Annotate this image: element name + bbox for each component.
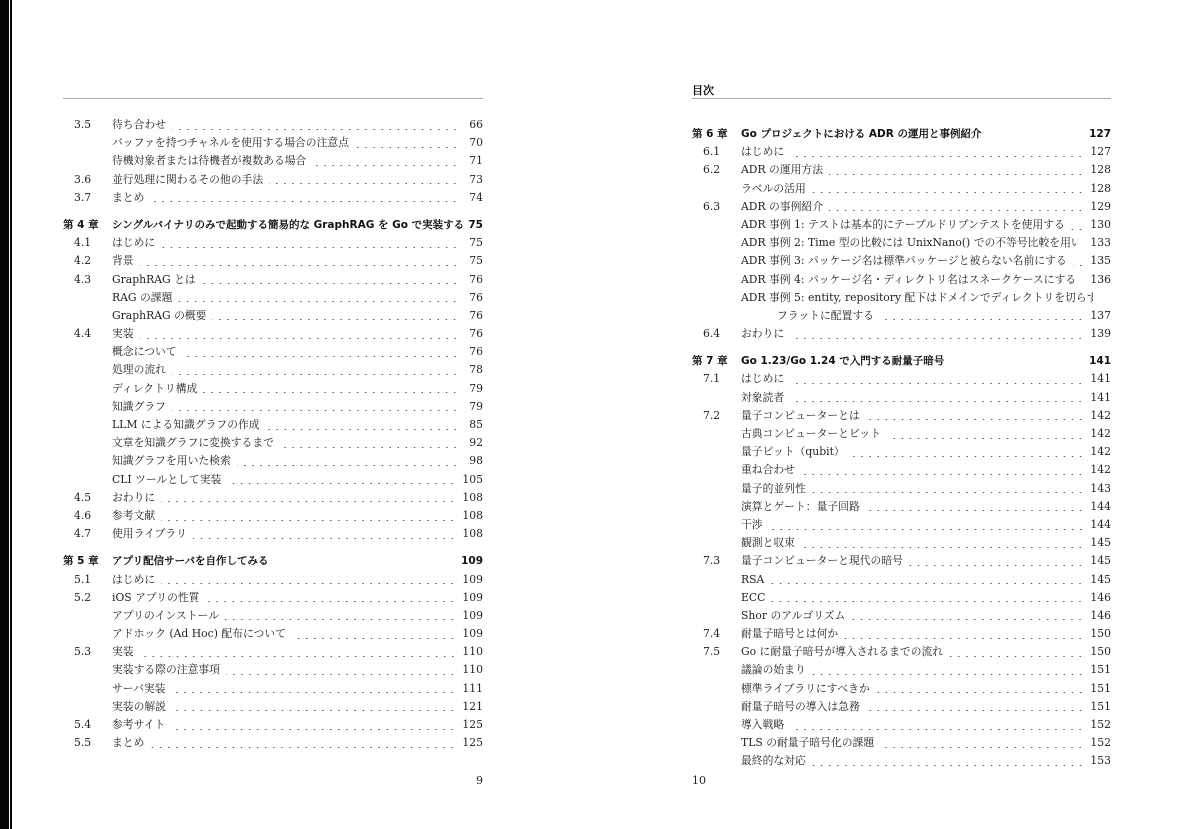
toc-section[interactable]: 4.1はじめに75	[63, 234, 483, 252]
toc-page-number: 108	[462, 507, 483, 525]
toc-page-number: 143	[1090, 480, 1111, 498]
toc-section[interactable]: 6.4おわりに139	[692, 325, 1111, 343]
toc-page-number: 108	[462, 525, 483, 543]
toc-subsection[interactable]: ラベルの活用128	[692, 180, 1111, 198]
toc-title: 待機対象者または待機者が複数ある場合	[112, 152, 306, 170]
toc-title: Go プロジェクトにおける ADR の運用と事例紹介	[741, 125, 982, 143]
toc-subsection[interactable]: LLM による知識グラフの作成85	[63, 416, 483, 434]
toc-subsection[interactable]: 処理の流れ78	[63, 361, 483, 379]
toc-title: おわりに	[112, 489, 155, 507]
dot-leader	[212, 319, 459, 320]
toc-page-number: 76	[465, 307, 483, 325]
toc-title: 実装の解説	[112, 698, 166, 716]
toc-number: 4.1	[63, 234, 112, 252]
toc-page-number: 127	[1089, 125, 1111, 143]
toc-page-number: 98	[465, 452, 483, 470]
toc-section[interactable]: 3.7まとめ74	[63, 189, 483, 207]
toc-title: GraphRAG とは	[112, 271, 196, 289]
dot-leader	[851, 619, 1084, 620]
toc-chapter[interactable]: 第 7 章Go 1.23/Go 1.24 で入門する耐量子暗号141	[692, 352, 1111, 370]
toc-subsection[interactable]: 量子ビット（qubit）142	[692, 443, 1111, 461]
dot-leader	[227, 483, 456, 484]
toc-title: CLI ツールとして実装	[112, 471, 221, 489]
toc-number: 7.2	[692, 407, 741, 425]
dot-leader	[161, 247, 459, 248]
dot-leader	[266, 429, 459, 430]
dot-leader	[844, 638, 1084, 639]
toc-title: 参考文献	[112, 507, 155, 525]
toc-page-number: 142	[1090, 425, 1111, 443]
toc-number: 5.3	[63, 643, 112, 661]
toc-subsection[interactable]: 実装する際の注意事項110	[63, 661, 483, 679]
header-rule	[63, 98, 483, 99]
toc-title: まとめ	[112, 189, 144, 207]
toc-section[interactable]: 6.1はじめに127	[692, 143, 1111, 161]
toc-title: おわりに	[741, 325, 784, 343]
dot-leader	[801, 474, 1084, 475]
toc-title: ADR の運用方法	[741, 161, 823, 179]
toc-title: ADR 事例 5: entity, repository 配下はドメインでディレ…	[741, 289, 1093, 307]
toc-list: 第 6 章Go プロジェクトにおける ADR の運用と事例紹介1276.1はじめ…	[692, 116, 1111, 771]
toc-page-number: 128	[1090, 180, 1111, 198]
dot-leader	[237, 465, 459, 466]
toc-page-number: 109	[462, 625, 483, 643]
toc-number: 5.5	[63, 734, 112, 752]
toc-subsection[interactable]: 知識グラフ79	[63, 398, 483, 416]
dot-leader	[790, 401, 1084, 402]
toc-page-number: 146	[1090, 607, 1111, 625]
toc-number: 7.5	[692, 643, 741, 661]
dot-leader	[172, 410, 459, 411]
toc-title: 演算とゲート：量子回路	[741, 498, 860, 516]
toc-page-number: 110	[462, 661, 483, 679]
toc-title: アドホック (Ad Hoc) 配布について	[112, 625, 286, 643]
toc-section[interactable]: 4.5おわりに108	[63, 489, 483, 507]
toc-title: ECC	[741, 589, 765, 607]
toc-title: はじめに	[112, 234, 155, 252]
toc-number: 第 6 章	[692, 125, 741, 143]
toc-subsection[interactable]: ECC146	[692, 589, 1111, 607]
toc-chapter[interactable]: 第 5 章アプリ配信サーバを自作してみる109	[63, 552, 483, 570]
toc-page-number: 121	[462, 698, 483, 716]
toc-number: 7.4	[692, 625, 741, 643]
toc-page-number: 141	[1089, 352, 1111, 370]
toc-number: 3.5	[63, 116, 112, 134]
toc-subsection[interactable]: CLI ツールとして実装105	[63, 471, 483, 489]
toc-subsection[interactable]: バッファを持つチャネルを使用する場合の注意点70	[63, 134, 483, 152]
toc-number: 4.6	[63, 507, 112, 525]
toc-title: はじめに	[741, 370, 784, 388]
dot-leader	[771, 601, 1084, 602]
toc-subsection[interactable]: 最終的な対応153	[692, 752, 1111, 770]
page-number: 9	[476, 774, 483, 787]
toc-subsection[interactable]: ADR 事例 1: テストは基本的にテーブルドリブンテストを使用する130	[692, 216, 1111, 234]
toc-subsection[interactable]: 演算とゲート：量子回路144	[692, 498, 1111, 516]
toc-page-number: 130	[1090, 216, 1111, 234]
dot-leader	[1073, 265, 1085, 266]
toc-page-number: 128	[1090, 161, 1111, 179]
toc-section[interactable]: 6.3ADR の事例紹介129	[692, 198, 1111, 216]
toc-page-number: 142	[1090, 407, 1111, 425]
toc-section[interactable]: 4.2背景75	[63, 252, 483, 270]
toc-title: 量子コンピューターと現代の暗号	[741, 552, 903, 570]
dot-leader	[226, 674, 456, 675]
toc-chapter[interactable]: 第 4 章シングルバイナリのみで起動する簡易的な GraphRAG を Go で…	[63, 216, 483, 234]
toc-page-number: 109	[461, 552, 483, 570]
toc-list: 3.5待ち合わせ66バッファを持つチャネルを使用する場合の注意点70待機対象者ま…	[63, 116, 483, 752]
toc-number: 第 7 章	[692, 352, 741, 370]
toc-section[interactable]: 3.5待ち合わせ66	[63, 116, 483, 134]
toc-page-number: 109	[462, 607, 483, 625]
toc-number: 6.2	[692, 161, 741, 179]
toc-page-number: 153	[1090, 752, 1111, 770]
toc-title: Go に耐量子暗号が導入されるまでの流れ	[741, 643, 943, 661]
toc-subsection[interactable]: 導入戦略152	[692, 716, 1111, 734]
toc-subsection[interactable]: GraphRAG の概要76	[63, 307, 483, 325]
toc-number: 4.3	[63, 271, 112, 289]
header-rule	[692, 98, 1111, 99]
dot-leader	[812, 192, 1085, 193]
toc-page-number: 73	[465, 171, 483, 189]
dot-leader	[140, 656, 457, 657]
dot-leader	[183, 356, 459, 357]
toc-subsection[interactable]: 標準ライブラリにすべきか151	[692, 680, 1111, 698]
toc-page-number: 74	[465, 189, 483, 207]
toc-number: 5.1	[63, 571, 112, 589]
dot-leader	[1082, 283, 1084, 284]
dot-leader	[812, 674, 1085, 675]
toc-page-number: 151	[1090, 680, 1111, 698]
toc-subsection[interactable]: フラットに配置する137	[692, 307, 1111, 325]
toc-number: 3.7	[63, 189, 112, 207]
toc-subsection[interactable]: アドホック (Ad Hoc) 配布について109	[63, 625, 483, 643]
toc-title: ADR 事例 1: テストは基本的にテーブルドリブンテストを使用する	[741, 216, 1065, 234]
toc-title: 並行処理に関わるその他の手法	[112, 171, 263, 189]
toc-title: 導入戦略	[741, 716, 784, 734]
toc-number: 7.3	[692, 552, 741, 570]
toc-title: 量子コンピューターとは	[741, 407, 860, 425]
toc-page-number: 70	[465, 134, 483, 152]
toc-section[interactable]: 4.6参考文献108	[63, 507, 483, 525]
toc-title: GraphRAG の概要	[112, 307, 206, 325]
toc-page-number: 75	[465, 234, 483, 252]
toc-title: 知識グラフ	[112, 398, 166, 416]
toc-page-number: 105	[462, 471, 483, 489]
toc-subsection[interactable]: 概念について76	[63, 343, 483, 361]
dot-leader	[866, 419, 1085, 420]
toc-page-number: 137	[1090, 307, 1111, 325]
toc-title: 耐量子暗号の導入は急務	[741, 698, 860, 716]
toc-subsection[interactable]: アプリのインストール109	[63, 607, 483, 625]
dot-leader	[790, 729, 1084, 730]
toc-number: 4.4	[63, 325, 112, 343]
toc-subsection[interactable]: 待機対象者または待機者が複数ある場合71	[63, 152, 483, 170]
toc-page-number: 85	[465, 416, 483, 434]
dot-leader	[949, 656, 1084, 657]
toc-title: 参考サイト	[112, 716, 165, 734]
toc-section[interactable]: 4.3GraphRAG とは76	[63, 271, 483, 289]
toc-subsection[interactable]: ADR 事例 4: パッケージ名・ディレクトリ名はスネークケースにする136	[692, 271, 1111, 289]
toc-title: 概念について	[112, 343, 177, 361]
toc-subsection[interactable]: RAG の課題76	[63, 289, 483, 307]
toc-number: 4.2	[63, 252, 112, 270]
toc-subsection[interactable]: RSA145	[692, 571, 1111, 589]
toc-page-number: 144	[1090, 498, 1111, 516]
toc-page-number: 109	[462, 571, 483, 589]
toc-page-number: 75	[465, 216, 483, 234]
toc-number: 6.3	[692, 198, 741, 216]
toc-section[interactable]: 4.4実装76	[63, 325, 483, 343]
dot-leader	[876, 692, 1085, 693]
toc-subsection[interactable]: 議論の始まり151	[692, 661, 1111, 679]
dot-leader	[172, 129, 459, 130]
toc-number: 6.1	[692, 143, 741, 161]
toc-section[interactable]: 5.2iOS アプリの性質109	[63, 589, 483, 607]
toc-page-number: 152	[1090, 734, 1111, 752]
toc-title: 古典コンピューターとビット	[741, 425, 881, 443]
dot-leader	[172, 710, 456, 711]
toc-page-number: 108	[462, 489, 483, 507]
toc-section[interactable]: 5.3実装110	[63, 643, 483, 661]
dot-leader	[225, 619, 456, 620]
toc-subsection[interactable]: 耐量子暗号の導入は急務151	[692, 698, 1111, 716]
dot-leader	[812, 492, 1085, 493]
toc-section[interactable]: 7.3量子コンピューターと現代の暗号145	[692, 552, 1111, 570]
toc-page-number: 78	[465, 361, 483, 379]
toc-number: 7.1	[692, 370, 741, 388]
toc-subsection[interactable]: ADR 事例 5: entity, repository 配下はドメインでディレ…	[692, 289, 1111, 307]
toc-title: 量子的並列性	[741, 480, 806, 498]
toc-page-number: 66	[465, 116, 483, 134]
toc-title: ディレクトリ構成	[112, 380, 197, 398]
toc-subsection[interactable]: 対象読者141	[692, 389, 1111, 407]
toc-subsection[interactable]: ディレクトリ構成79	[63, 380, 483, 398]
dot-leader	[790, 156, 1084, 157]
dot-leader	[140, 265, 459, 266]
toc-title: ADR 事例 2: Time 型の比較には UnixNano() での不等号比較…	[741, 234, 1078, 252]
toc-page-number: 146	[1090, 589, 1111, 607]
toc-title: 最終的な対応	[741, 752, 806, 770]
dot-leader	[203, 392, 459, 393]
toc-section[interactable]: 7.2量子コンピューターとは142	[692, 407, 1111, 425]
toc-page-number: 125	[462, 734, 483, 752]
toc-section[interactable]: 7.1はじめに141	[692, 370, 1111, 388]
toc-subsection[interactable]: 干渉144	[692, 516, 1111, 534]
toc-title: 耐量子暗号とは何か	[741, 625, 838, 643]
dot-leader	[851, 456, 1085, 457]
dot-leader	[866, 710, 1085, 711]
dot-leader	[193, 538, 456, 539]
toc-title: 標準ライブラリにすべきか	[741, 680, 870, 698]
toc-title: 議論の始まり	[741, 661, 806, 679]
toc-title: はじめに	[112, 571, 155, 589]
toc-title: 背景	[112, 252, 134, 270]
toc-title: ADR 事例 3: パッケージ名は標準パッケージと被らない名前にする	[741, 252, 1067, 270]
toc-page-number: 76	[465, 289, 483, 307]
toc-subsection[interactable]: サーバ実装111	[63, 680, 483, 698]
toc-number: 5.4	[63, 716, 112, 734]
dot-leader	[812, 765, 1085, 766]
toc-number: 4.5	[63, 489, 112, 507]
toc-page-number: 76	[465, 325, 483, 343]
toc-page-number: 129	[1090, 198, 1111, 216]
toc-title: 文章を知識グラフに変換するまで	[112, 434, 274, 452]
dot-leader	[801, 547, 1084, 548]
toc-subsection[interactable]: 古典コンピューターとビット142	[692, 425, 1111, 443]
toc-page-number: 109	[462, 589, 483, 607]
toc-number: 6.4	[692, 325, 741, 343]
dot-leader	[150, 747, 456, 748]
toc-chapter[interactable]: 第 6 章Go プロジェクトにおける ADR の運用と事例紹介127	[692, 125, 1111, 143]
dot-leader	[205, 601, 456, 602]
toc-page-number: 76	[465, 343, 483, 361]
toc-title: 知識グラフを用いた検索	[112, 452, 231, 470]
toc-section[interactable]: 6.2ADR の運用方法128	[692, 161, 1111, 179]
toc-title: アプリのインストール	[112, 607, 219, 625]
toc-page-number: 71	[465, 152, 483, 170]
toc-title: TLS の耐量子暗号化の課題	[741, 734, 874, 752]
toc-page-number: 141	[1090, 389, 1111, 407]
toc-page-number: 75	[465, 252, 483, 270]
dot-leader	[790, 383, 1084, 384]
toc-section[interactable]: 5.4参考サイト125	[63, 716, 483, 734]
toc-subsection[interactable]: 量子的並列性143	[692, 480, 1111, 498]
toc-section[interactable]: 3.6並行処理に関わるその他の手法73	[63, 171, 483, 189]
dot-leader	[909, 565, 1084, 566]
dot-leader	[790, 338, 1084, 339]
dot-leader	[161, 501, 456, 502]
toc-page-number: 145	[1090, 571, 1111, 589]
toc-subsection[interactable]: Shor のアルゴリズム146	[692, 607, 1111, 625]
toc-title: ADR 事例 4: パッケージ名・ディレクトリ名はスネークケースにする	[741, 271, 1076, 289]
dot-leader	[150, 201, 459, 202]
toc-title: バッファを持つチャネルを使用する場合の注意点	[112, 134, 349, 152]
toc-page-number: 144	[1090, 516, 1111, 534]
dot-leader	[880, 747, 1084, 748]
toc-page-number: 79	[465, 398, 483, 416]
toc-subsection[interactable]: ADR 事例 3: パッケージ名は標準パッケージと被らない名前にする135	[692, 252, 1111, 270]
toc-title: 処理の流れ	[112, 361, 166, 379]
toc-section[interactable]: 5.1はじめに109	[63, 571, 483, 589]
dot-leader	[829, 210, 1084, 211]
toc-title: シングルバイナリのみで起動する簡易的な GraphRAG を Go で実装する	[112, 216, 464, 234]
dot-leader	[171, 692, 456, 693]
toc-subsection[interactable]: 文章を知識グラフに変換するまで92	[63, 434, 483, 452]
toc-number: 5.2	[63, 589, 112, 607]
dot-leader	[1071, 229, 1085, 230]
toc-title: サーバ実装	[112, 680, 165, 698]
dot-leader	[269, 183, 459, 184]
toc-subsection[interactable]: ADR 事例 2: Time 型の比較には UnixNano() での不等号比較…	[692, 234, 1111, 252]
toc-page-number: 150	[1090, 643, 1111, 661]
page-number: 10	[692, 774, 706, 787]
dot-leader	[140, 338, 459, 339]
dot-leader	[202, 283, 459, 284]
dot-leader	[161, 583, 456, 584]
toc-subsection[interactable]: 観測と収束145	[692, 534, 1111, 552]
toc-title: ADR の事例紹介	[741, 198, 823, 216]
toc-subsection[interactable]: 実装の解説121	[63, 698, 483, 716]
toc-section[interactable]: 4.7使用ライブラリ108	[63, 525, 483, 543]
toc-title: 実装	[112, 643, 134, 661]
running-head: 目次	[692, 82, 714, 98]
toc-page-number: 76	[465, 271, 483, 289]
toc-title: 重ね合わせ	[741, 461, 795, 479]
toc-title: Shor のアルゴリズム	[741, 607, 845, 625]
toc-page-number: 141	[1090, 370, 1111, 388]
toc-page-number: 151	[1090, 661, 1111, 679]
toc-page-number: 79	[465, 380, 483, 398]
dot-leader	[770, 583, 1084, 584]
toc-title: Go 1.23/Go 1.24 で入門する耐量子暗号	[741, 352, 944, 370]
toc-section[interactable]: 5.5まとめ125	[63, 734, 483, 752]
toc-title: iOS アプリの性質	[112, 589, 199, 607]
dot-leader	[161, 520, 456, 521]
toc-page-number: 136	[1090, 271, 1111, 289]
dot-leader	[887, 438, 1084, 439]
dot-leader	[292, 638, 456, 639]
toc-title: アプリ配信サーバを自作してみる	[112, 552, 269, 570]
toc-number: 3.6	[63, 171, 112, 189]
toc-page-number: 110	[462, 643, 483, 661]
toc-title: 対象読者	[741, 389, 784, 407]
toc-page-number: 133	[1090, 234, 1111, 252]
toc-page-number: 150	[1090, 625, 1111, 643]
toc-title: はじめに	[741, 143, 784, 161]
toc-page-number: 92	[465, 434, 483, 452]
toc-subsection[interactable]: 重ね合わせ142	[692, 461, 1111, 479]
toc-page-number: 145	[1090, 534, 1111, 552]
toc-subsection[interactable]: 知識グラフを用いた検索98	[63, 452, 483, 470]
toc-title: 量子ビット（qubit）	[741, 443, 845, 461]
toc-page-number: 135	[1090, 252, 1111, 270]
toc-page-number: 142	[1090, 443, 1111, 461]
dot-leader	[280, 447, 459, 448]
toc-page-number: 139	[1090, 325, 1111, 343]
toc-title: RAG の課題	[112, 289, 172, 307]
toc-title: 実装する際の注意事項	[112, 661, 220, 679]
toc-page-left: 3.5待ち合わせ66バッファを持つチャネルを使用する場合の注意点70待機対象者ま…	[63, 0, 483, 829]
toc-title: フラットに配置する	[741, 307, 874, 325]
toc-page-number: 152	[1090, 716, 1111, 734]
toc-title: ラベルの活用	[741, 180, 806, 198]
scan-edge-bar	[0, 0, 9, 829]
dot-leader	[866, 510, 1085, 511]
toc-title: RSA	[741, 571, 764, 589]
toc-title: 使用ライブラリ	[112, 525, 187, 543]
dot-leader	[880, 319, 1084, 320]
dot-leader	[312, 165, 459, 166]
dot-leader	[172, 374, 459, 375]
toc-page-number: 111	[462, 680, 483, 698]
toc-number: 第 4 章	[63, 216, 112, 234]
dot-leader	[171, 729, 456, 730]
dot-leader	[355, 147, 459, 148]
toc-title: LLM による知識グラフの作成	[112, 416, 260, 434]
dot-leader	[829, 174, 1084, 175]
toc-title: まとめ	[112, 734, 144, 752]
toc-title: 干渉	[741, 516, 763, 534]
dot-leader	[769, 529, 1085, 530]
toc-title: 観測と収束	[741, 534, 795, 552]
toc-section[interactable]: 7.4耐量子暗号とは何か150	[692, 625, 1111, 643]
toc-subsection[interactable]: TLS の耐量子暗号化の課題152	[692, 734, 1111, 752]
toc-page-number: 142	[1090, 461, 1111, 479]
scan-edge-line	[10, 0, 12, 829]
dot-leader	[178, 301, 459, 302]
toc-section[interactable]: 7.5Go に耐量子暗号が導入されるまでの流れ150	[692, 643, 1111, 661]
toc-page-number: 145	[1090, 552, 1111, 570]
